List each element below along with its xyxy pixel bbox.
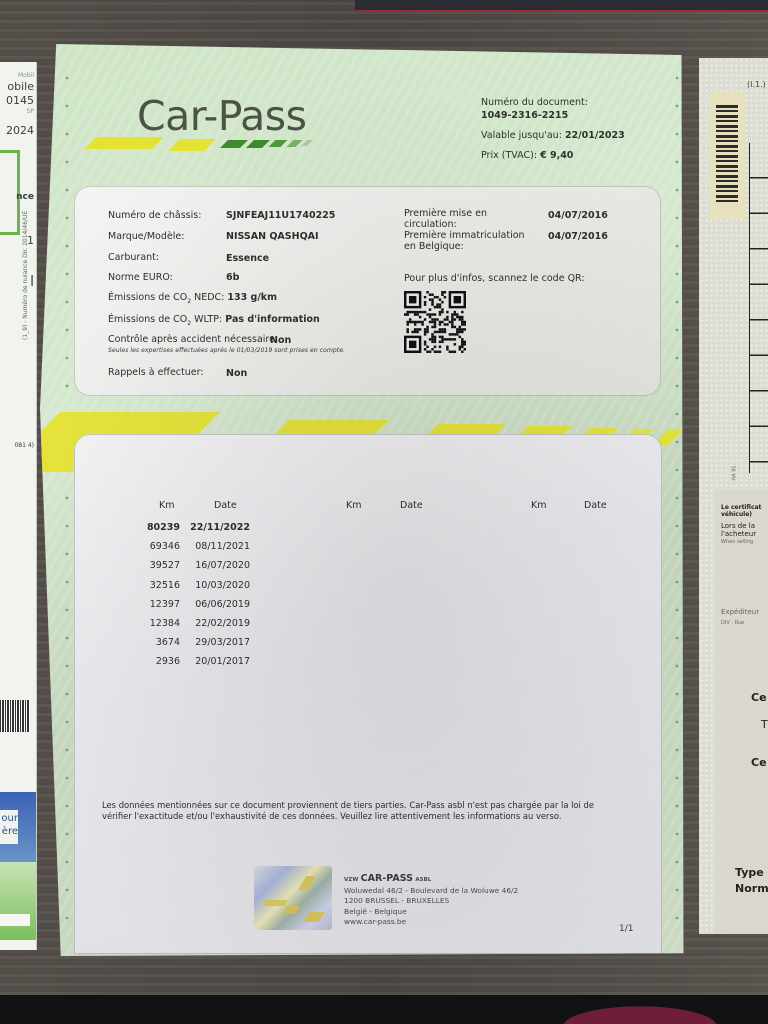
left-doc-vertical-text: (1_9) - Numéro de nuiance Dir. 2014/46/U… (22, 211, 29, 340)
price-label: Prix (TVAC): (481, 150, 537, 161)
co2-nedc: 133 g/km (227, 292, 277, 303)
barcode-sticker (709, 91, 745, 219)
top-object (355, 0, 768, 12)
fuel-label: Carburant: (108, 252, 159, 263)
mileage-km: 12397 (126, 599, 180, 618)
mileage-row: 3251610/03/2020 (126, 580, 250, 599)
accident-check-label: Contrôle après accident nécessaire: (108, 334, 278, 345)
price: € 9,40 (540, 150, 573, 161)
co2-wltp: Pas d'information (225, 314, 320, 325)
first-registration-label: Première immatriculation en Belgique: (404, 230, 525, 252)
recalls-label: Rappels à effectuer: (108, 367, 204, 378)
mileage-date: 06/06/2019 (180, 599, 250, 618)
mileage-km: 80239 (126, 522, 180, 541)
disclaimer: Les données mentionnées sur ce document … (102, 800, 602, 821)
mileage-date: 22/02/2019 (180, 618, 250, 637)
mileage-row: 1239706/06/2019 (126, 599, 250, 618)
mileage-date: 29/03/2017 (180, 637, 250, 656)
date-header: Date (584, 500, 607, 511)
barcode (716, 105, 738, 205)
doc-number: 1049-2316-2215 (481, 110, 568, 121)
valid-until-label: Valable jusqu'au: (481, 130, 562, 141)
mileage-row: 1238422/02/2019 (126, 618, 250, 637)
left-doc-line: l (30, 274, 34, 290)
make-model-label: Marque/Modèle: (108, 231, 184, 242)
left-doc-line: 081 4) (14, 442, 34, 449)
euro-norm: 6b (226, 272, 239, 283)
mileage-km: 32516 (126, 580, 180, 599)
left-doc-line: obile (7, 80, 34, 93)
recalls: Non (226, 368, 247, 379)
website-link[interactable]: www.car-pass.be (344, 917, 518, 928)
mileage-row: 6934608/11/2021 (126, 541, 250, 560)
doc-number-label: Numéro du document: (481, 96, 625, 109)
first-circulation-label: Première mise en circulation: (404, 208, 487, 230)
left-doc-line: nce (16, 192, 34, 202)
mileage-row: 367429/03/2017 (126, 637, 250, 656)
km-header: Km (531, 500, 546, 511)
first-circulation-date: 04/07/2016 (548, 210, 608, 221)
mileage-km: 69346 (126, 541, 180, 560)
footer-address: VZW CAR-PASS ASBL Woluwedal 46/2 - Boule… (344, 874, 518, 928)
hologram-seal (254, 866, 332, 930)
co2-nedc-label: Émissions de CO2 NEDC: 133 g/km (108, 292, 277, 305)
mileage-date: 16/07/2020 (180, 560, 250, 579)
accident-check: Non (270, 335, 291, 346)
mileage-date: 10/03/2020 (180, 580, 250, 599)
make-model: NISSAN QASHQAI (226, 231, 319, 242)
right-doc-label: (I.1.) (747, 80, 766, 89)
co2-wltp-label: Émissions de CO2 WLTP: Pas d'information (108, 314, 320, 327)
qr-code[interactable] (404, 291, 466, 353)
mileage-km: 2936 (126, 656, 180, 675)
mileage-km: 12384 (126, 618, 180, 637)
chassis-label: Numéro de châssis: (108, 210, 201, 221)
date-header: Date (400, 500, 423, 511)
mileage-list: 8023922/11/20226934608/11/20213952716/07… (126, 522, 250, 676)
km-header: Km (159, 500, 174, 511)
mileage-row: 293620/01/2017 (126, 656, 250, 675)
qr-label: Pour plus d'infos, scannez le code QR: (404, 273, 585, 284)
mileage-date: 08/11/2021 (180, 541, 250, 560)
euro-norm-label: Norme EURO: (108, 272, 173, 283)
blue-panel: our ère (0, 792, 37, 862)
right-partial-document: (I.1.) Le certificat véhicule) Lors de l… (699, 58, 768, 934)
vehicle-info-card: Numéro de châssis: SJNFEAJ11U1740225 Mar… (74, 186, 661, 396)
car-pass-document: Car-Pass Numéro du document: 1049-2316-2… (40, 44, 688, 956)
mileage-date: 20/01/2017 (180, 656, 250, 675)
valid-until: 22/01/2023 (565, 130, 625, 141)
first-registration-date: 04/07/2016 (548, 231, 608, 242)
km-header: Km (346, 500, 361, 511)
floor (0, 995, 768, 1024)
page-number: 1/1 (619, 924, 633, 934)
accident-note: Seules les expertises effectuées après l… (108, 347, 345, 354)
fuel: Essence (226, 253, 269, 264)
date-header: Date (214, 500, 237, 511)
mileage-km: 3674 (126, 637, 180, 656)
mileage-panel: Km Date Km Date Km Date 8023922/11/20226… (74, 434, 662, 954)
chassis-number: SJNFEAJ11U1740225 (226, 210, 335, 221)
car-pass-logo: Car-Pass (137, 92, 307, 140)
mileage-row: 8023922/11/2022 (126, 522, 250, 541)
document-meta: Numéro du document: 1049-2316-2215 Valab… (481, 96, 625, 169)
form-grid (749, 143, 768, 473)
green-panel (0, 862, 37, 940)
mileage-km: 39527 (126, 560, 180, 579)
barcode (0, 700, 30, 732)
mileage-date: 22/11/2022 (180, 522, 250, 541)
mileage-row: 3952716/07/2020 (126, 560, 250, 579)
left-doc-line: 2024 (6, 124, 34, 137)
footer-brand: CAR-PASS (361, 873, 413, 884)
left-partial-document: Mobil obile 0145 SP 2024 nce 1 l (1_9) -… (0, 62, 37, 950)
left-doc-line: 0145 (6, 94, 34, 107)
